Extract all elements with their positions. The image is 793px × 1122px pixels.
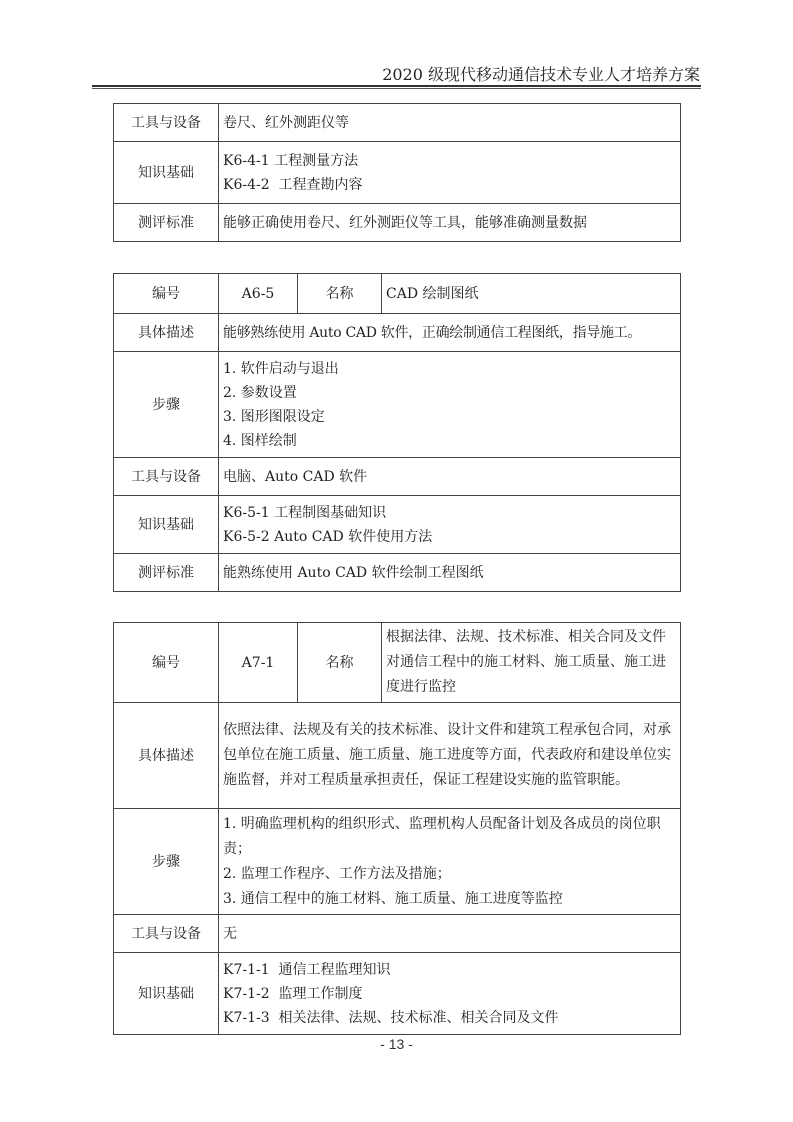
- table-row: 测评标准 能熟练使用 Auto CAD 软件绘制工程图纸: [114, 554, 681, 592]
- table-row-header: 编号 A7-1 名称 根据法律、法规、技术标准、相关合同及文件对通信工程中的施工…: [114, 623, 681, 703]
- row-content: K7-1-1 通信工程监理知识 K7-1-2 监理工作制度 K7-1-3 相关法…: [219, 953, 681, 1035]
- table-row: 知识基础 K7-1-1 通信工程监理知识 K7-1-2 监理工作制度 K7-1-…: [114, 953, 681, 1035]
- name-label: 名称: [298, 274, 382, 314]
- row-content: 无: [219, 915, 681, 953]
- table-row: 步骤 1. 软件启动与退出 2. 参数设置 3. 图形图限设定 4. 图样绘制: [114, 352, 681, 458]
- spec-table-a6-5: 编号 A6-5 名称 CAD 绘制图纸 具体描述 能够熟练使用 Auto CAD…: [113, 273, 681, 592]
- row-label: 工具与设备: [114, 104, 219, 142]
- id-label: 编号: [114, 274, 219, 314]
- name-value: CAD 绘制图纸: [382, 274, 681, 314]
- document-header-title: 2020 级现代移动通信技术专业人才培养方案: [382, 62, 700, 85]
- name-value: 根据法律、法规、技术标准、相关合同及文件对通信工程中的施工材料、施工质量、施工进…: [382, 623, 681, 703]
- id-label: 编号: [114, 623, 219, 703]
- table-row: 测评标准 能够正确使用卷尺、红外测距仪等工具，能够准确测量数据: [114, 204, 681, 242]
- table-row-header: 编号 A6-5 名称 CAD 绘制图纸: [114, 274, 681, 314]
- table-row: 知识基础 K6-4-1 工程测量方法 K6-4-2 工程查勘内容: [114, 142, 681, 204]
- row-content: 电脑、Auto CAD 软件: [219, 458, 681, 496]
- row-label: 知识基础: [114, 142, 219, 204]
- row-label: 工具与设备: [114, 915, 219, 953]
- name-label: 名称: [298, 623, 382, 703]
- table-row: 具体描述 能够熟练使用 Auto CAD 软件，正确绘制通信工程图纸，指导施工。: [114, 314, 681, 352]
- id-value: A6-5: [219, 274, 298, 314]
- row-label: 具体描述: [114, 314, 219, 352]
- row-label: 知识基础: [114, 953, 219, 1035]
- table-row: 知识基础 K6-5-1 工程制图基础知识 K6-5-2 Auto CAD 软件使…: [114, 496, 681, 554]
- row-label: 步骤: [114, 352, 219, 458]
- id-value: A7-1: [219, 623, 298, 703]
- row-content: 能够熟练使用 Auto CAD 软件，正确绘制通信工程图纸，指导施工。: [219, 314, 681, 352]
- row-label: 工具与设备: [114, 458, 219, 496]
- page-number: - 13 -: [0, 1036, 793, 1052]
- row-content: 卷尺、红外测距仪等: [219, 104, 681, 142]
- table-row: 工具与设备 电脑、Auto CAD 软件: [114, 458, 681, 496]
- header-rule: [92, 85, 701, 89]
- table-row: 工具与设备 无: [114, 915, 681, 953]
- row-label: 步骤: [114, 809, 219, 915]
- row-content: 1. 软件启动与退出 2. 参数设置 3. 图形图限设定 4. 图样绘制: [219, 352, 681, 458]
- row-label: 具体描述: [114, 703, 219, 809]
- table-row: 步骤 1. 明确监理机构的组织形式、监理机构人员配备计划及各成员的岗位职责； 2…: [114, 809, 681, 915]
- row-content: 能够正确使用卷尺、红外测距仪等工具，能够准确测量数据: [219, 204, 681, 242]
- table-row: 工具与设备 卷尺、红外测距仪等: [114, 104, 681, 142]
- spec-table-a7-1: 编号 A7-1 名称 根据法律、法规、技术标准、相关合同及文件对通信工程中的施工…: [113, 622, 681, 1035]
- row-content: 依照法律、法规及有关的技术标准、设计文件和建筑工程承包合同，对承包单位在施工质量…: [219, 703, 681, 809]
- table-row: 具体描述 依照法律、法规及有关的技术标准、设计文件和建筑工程承包合同，对承包单位…: [114, 703, 681, 809]
- row-label: 测评标准: [114, 204, 219, 242]
- row-content: K6-5-1 工程制图基础知识 K6-5-2 Auto CAD 软件使用方法: [219, 496, 681, 554]
- row-content: 能熟练使用 Auto CAD 软件绘制工程图纸: [219, 554, 681, 592]
- row-content: 1. 明确监理机构的组织形式、监理机构人员配备计划及各成员的岗位职责； 2. 监…: [219, 809, 681, 915]
- spec-table-a6-4-continued: 工具与设备 卷尺、红外测距仪等 知识基础 K6-4-1 工程测量方法 K6-4-…: [113, 103, 681, 242]
- row-content: K6-4-1 工程测量方法 K6-4-2 工程查勘内容: [219, 142, 681, 204]
- row-label: 测评标准: [114, 554, 219, 592]
- row-label: 知识基础: [114, 496, 219, 554]
